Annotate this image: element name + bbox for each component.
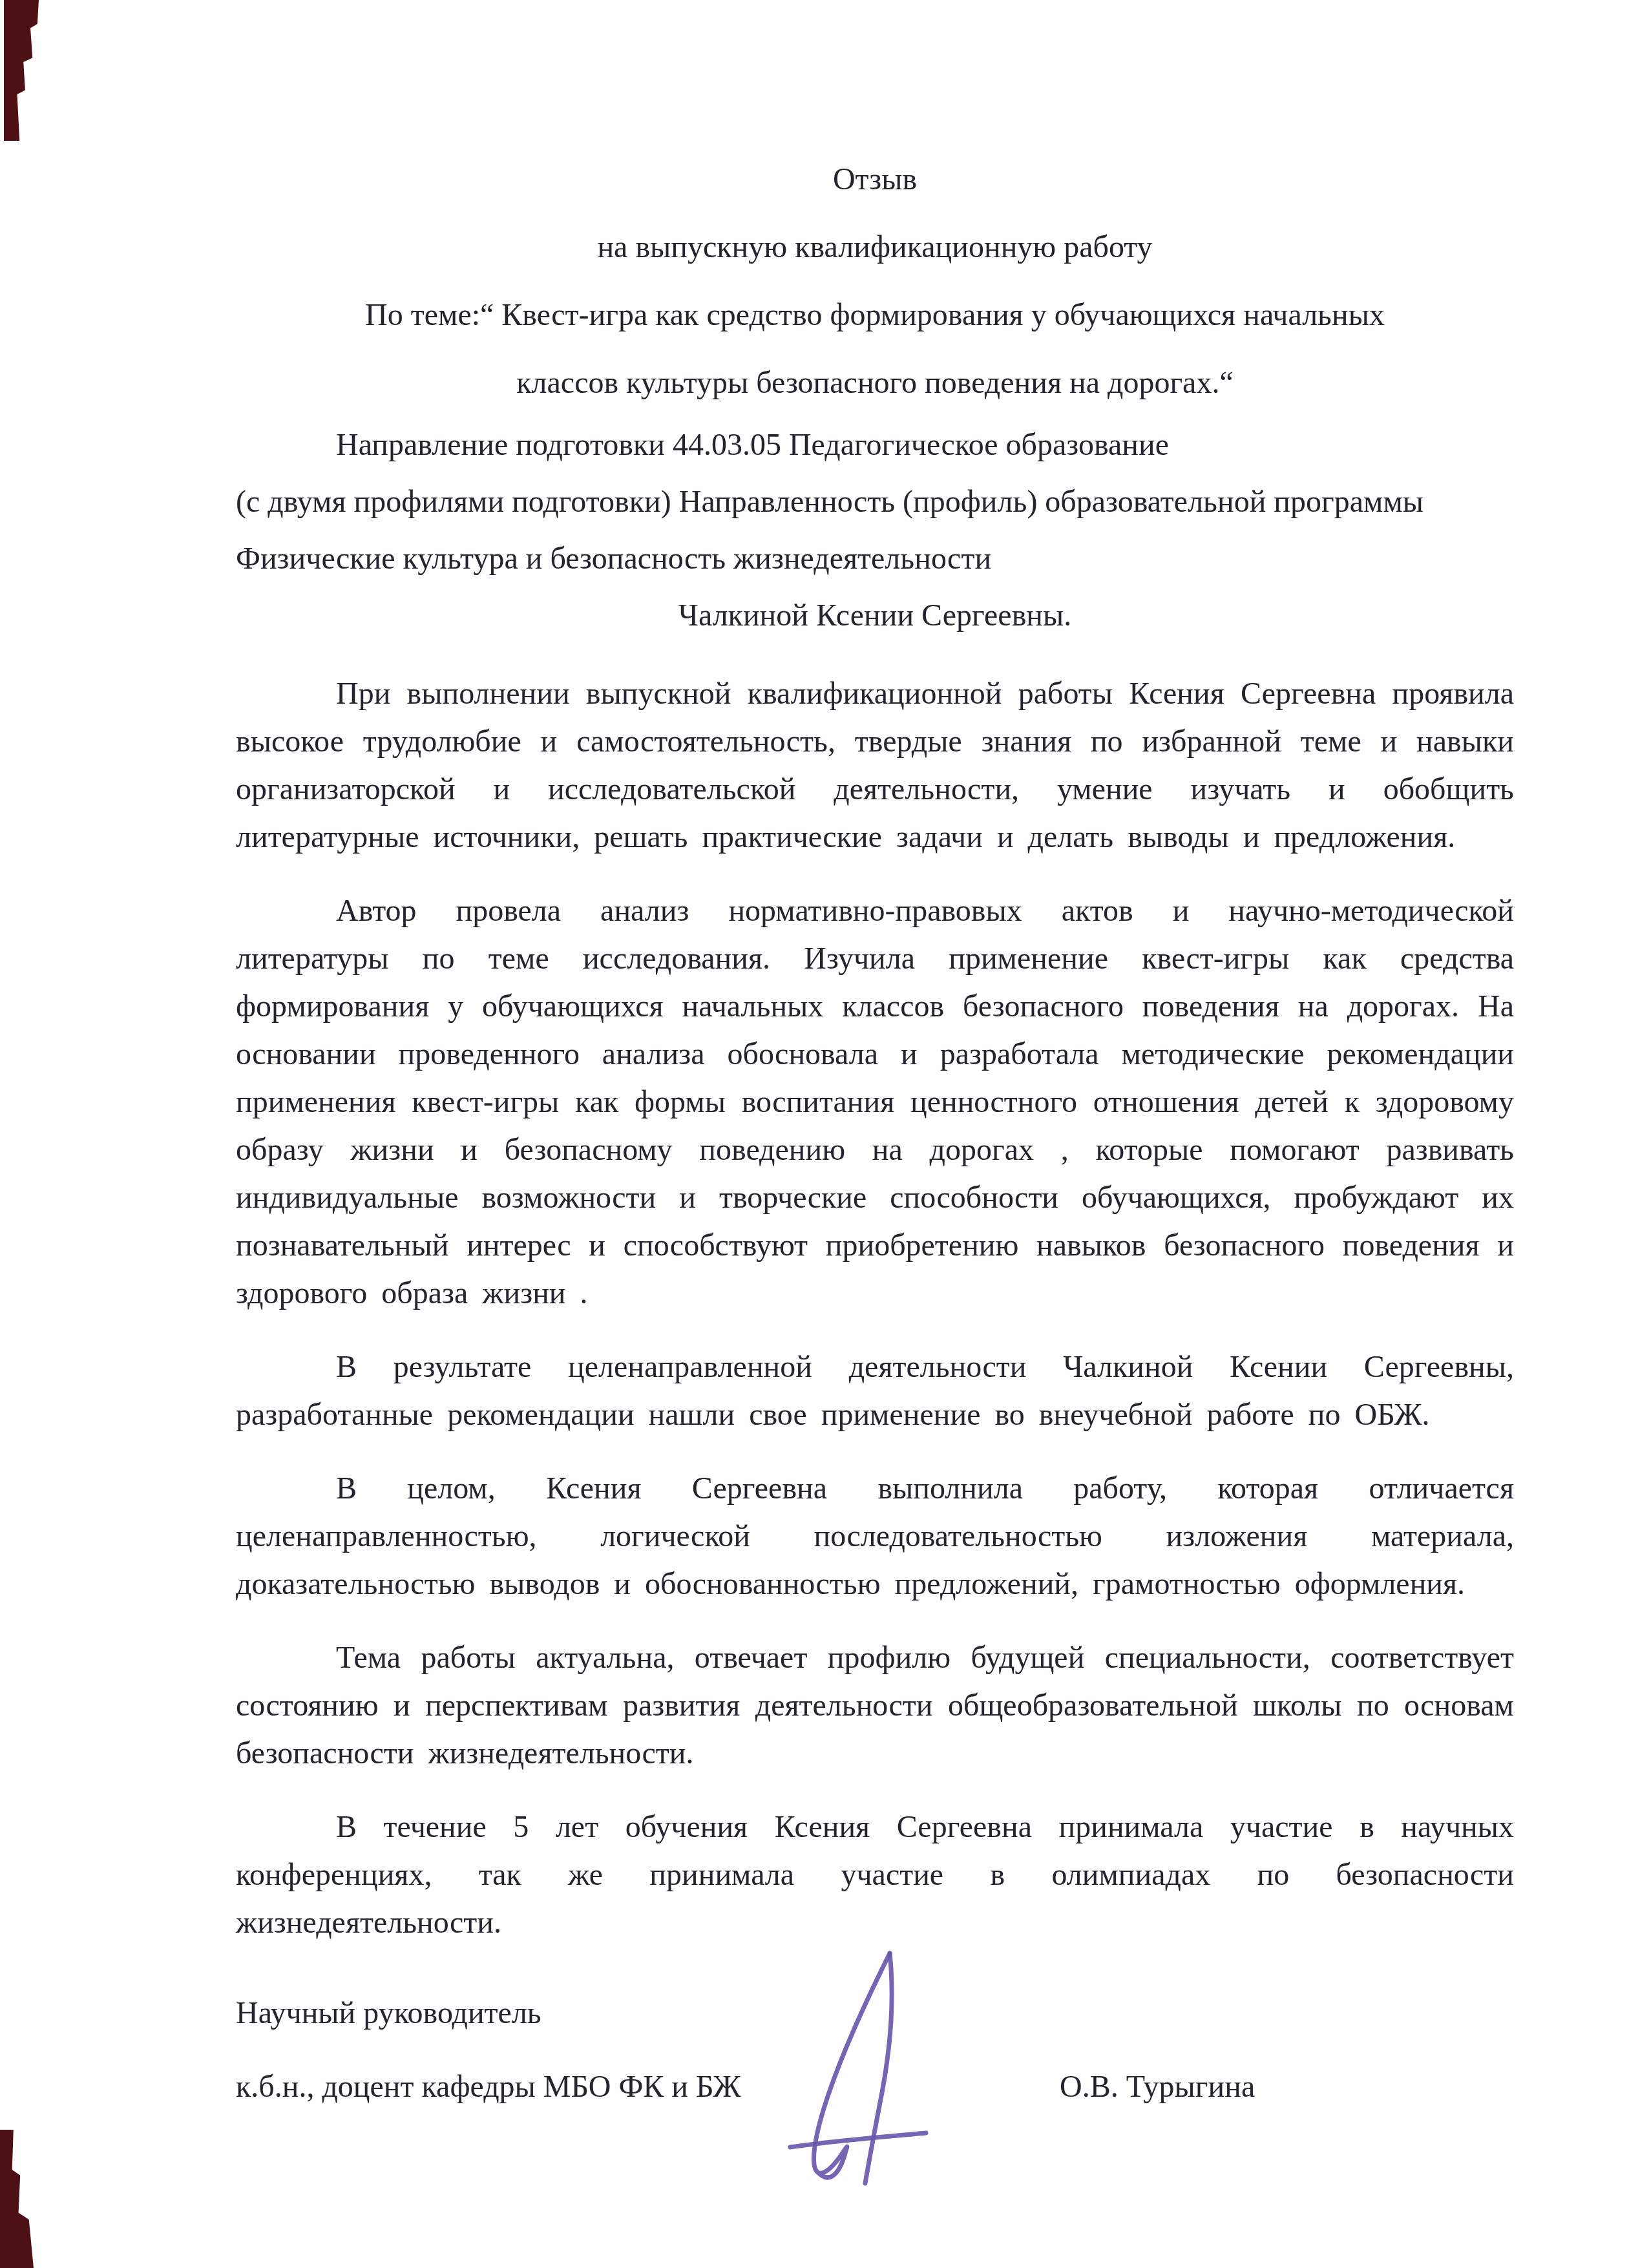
paragraph-2: Автор провела анализ нормативно-правовых… (236, 887, 1514, 1318)
supervisor-name: О.В. Турыгина (1060, 2063, 1255, 2111)
document-content: Отзыв на выпускную квалификационную рабо… (236, 145, 1514, 2111)
paragraph-5: Тема работы актуальна, отвечает профилю … (236, 1634, 1514, 1778)
paragraph-4: В целом, Ксения Сергеевна выполнила рабо… (236, 1465, 1514, 1608)
program-line-1: Направление подготовки 44.03.05 Педагоги… (236, 417, 1514, 474)
scan-artifact-top-left (4, 0, 39, 141)
program-line-3: Физические культура и безопасность жизне… (236, 530, 1514, 587)
document-subtitle: на выпускную квалификационную работу (236, 213, 1514, 281)
handwritten-signature (753, 1946, 992, 2186)
paragraph-6: В течение 5 лет обучения Ксения Сергеевн… (236, 1803, 1514, 1947)
paragraph-3: В результате целенаправленной деятельнос… (236, 1343, 1514, 1439)
document-title: Отзыв (236, 145, 1514, 213)
topic-line-1: По теме:“ Квест-игра как средство формир… (236, 281, 1514, 349)
signature-row: к.б.н., доцент кафедры МБО ФК и БЖ О.В. … (236, 2063, 1514, 2111)
paragraph-1: При выполнении выпускной квалификационно… (236, 670, 1514, 861)
student-name: Чалкиной Ксении Сергеевны. (236, 587, 1514, 644)
scan-artifact-bottom-left (0, 2130, 34, 2268)
program-line-2: (с двумя профилями подготовки) Направлен… (236, 474, 1514, 530)
topic-line-2: классов культуры безопасного поведения н… (236, 349, 1514, 417)
supervisor-role: Научный руководитель (236, 1990, 1514, 2037)
review-document-page: Отзыв на выпускную квалификационную рабо… (0, 0, 1649, 2268)
supervisor-credentials: к.б.н., доцент кафедры МБО ФК и БЖ (236, 2070, 740, 2104)
signature-block: Научный руководитель к.б.н., доцент кафе… (236, 1990, 1514, 2111)
